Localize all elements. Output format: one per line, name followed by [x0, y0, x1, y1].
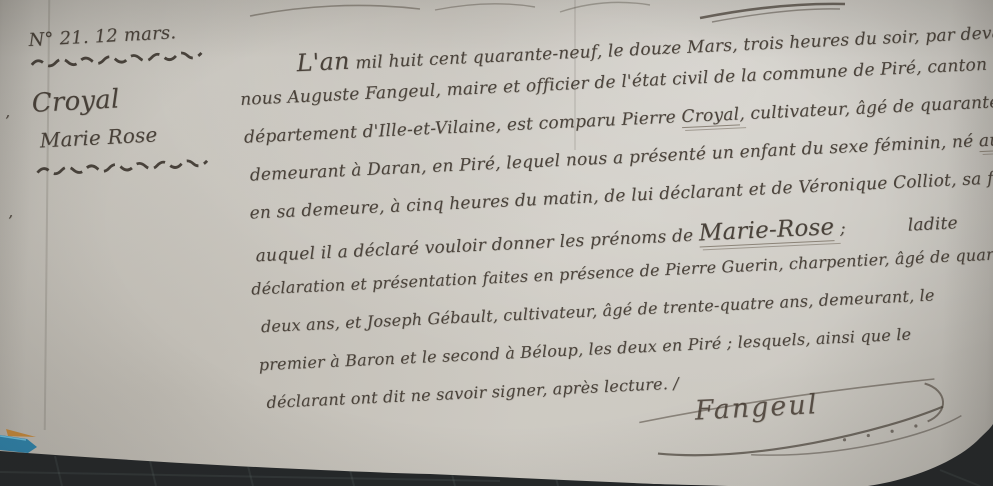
- act-body: L'an mil huit cent quarante-neuf, le dou…: [238, 16, 993, 431]
- register-scan: ’ ’ N° 21. 12 mars. Croyal Marie Rose L'…: [0, 0, 993, 486]
- underlined-word: Marie-Rose: [698, 214, 835, 247]
- mayor-signature: Fangeul: [630, 375, 975, 486]
- signature-name: Fangeul: [694, 389, 819, 426]
- stray-ink-mark: ’: [8, 212, 13, 230]
- margin-column: N° 21. 12 mars. Croyal Marie Rose: [28, 19, 241, 183]
- stray-ink-mark: ’: [5, 112, 10, 130]
- act-line-segment: ladite: [907, 213, 958, 235]
- margin-squiggle-top: [29, 48, 209, 71]
- underlined-word: Croyal: [681, 104, 740, 128]
- act-line-segment: L'an: [296, 47, 350, 77]
- margin-given-names: Marie Rose: [39, 118, 239, 152]
- margin-surname: Croyal: [31, 78, 237, 119]
- underlined-word: aujourd'hui: [978, 126, 993, 152]
- act-line-segment: ;: [834, 219, 846, 240]
